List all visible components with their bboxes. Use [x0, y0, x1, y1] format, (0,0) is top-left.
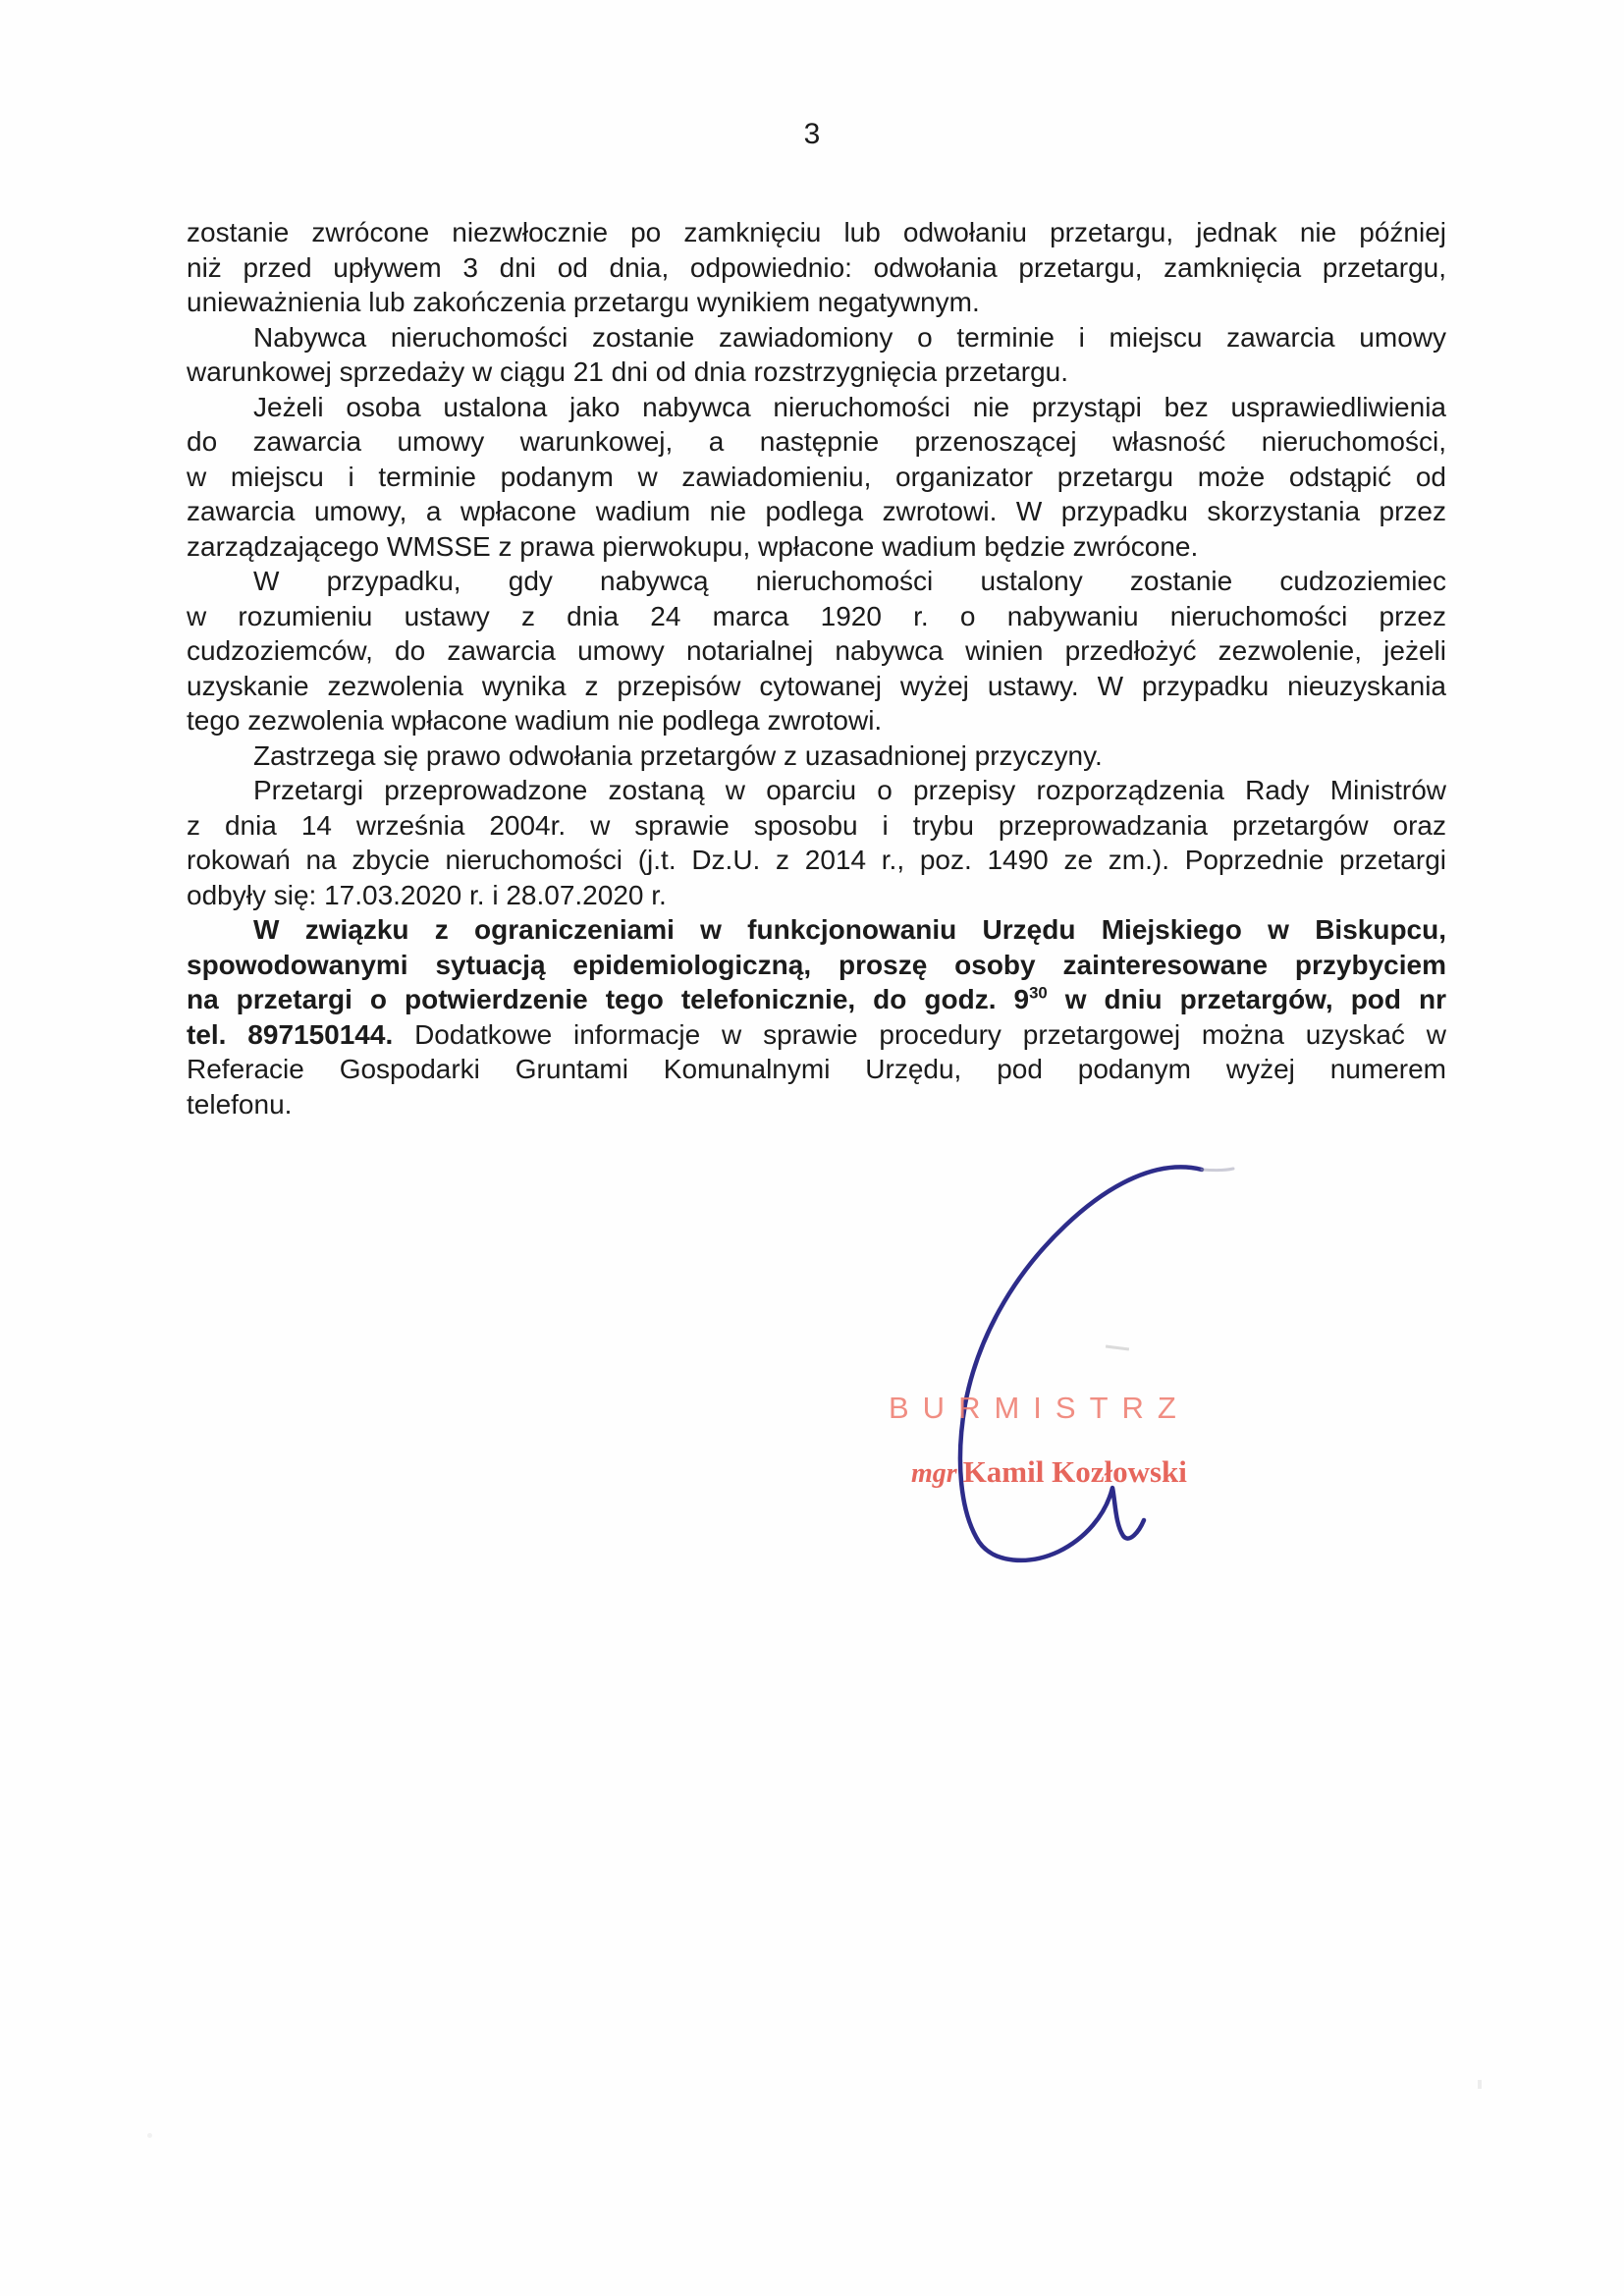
- text-line: Przetargi przeprowadzone zostaną w oparc…: [187, 773, 1446, 808]
- paragraph: W związku z ograniczeniami w funkcjonowa…: [187, 912, 1446, 1121]
- text-line: zostanie zwrócone niezwłocznie po zamkni…: [187, 215, 1446, 250]
- paragraph: W przypadku, gdy nabywcą nieruchomości u…: [187, 564, 1446, 738]
- text-line: niż przed upływem 3 dni od dnia, odpowie…: [187, 250, 1446, 286]
- text-line: Zastrzega się prawo odwołania przetargów…: [187, 738, 1446, 774]
- text-line: rokowań na zbycie nieruchomości (j.t. Dz…: [187, 843, 1446, 878]
- text-line: na przetargi o potwierdzenie tego telefo…: [187, 982, 1446, 1017]
- paragraph: Zastrzega się prawo odwołania przetargów…: [187, 738, 1446, 774]
- text-line: uzyskanie zezwolenia wynika z przepisów …: [187, 669, 1446, 704]
- text-line: telefonu.: [187, 1087, 1446, 1122]
- paragraph: zostanie zwrócone niezwłocznie po zamkni…: [187, 215, 1446, 320]
- text-line: tego zezwolenia wpłacone wadium nie podl…: [187, 703, 1446, 738]
- text-line: spowodowanymi sytuacją epidemiologiczną,…: [187, 948, 1446, 983]
- text-line: zarządzającego WMSSE z prawa pierwokupu,…: [187, 529, 1446, 565]
- page-number: 3: [0, 118, 1624, 151]
- scan-artifact: [147, 2133, 152, 2138]
- scan-artifact: [1478, 2080, 1482, 2089]
- text-line: z dnia 14 września 2004r. w sprawie spos…: [187, 808, 1446, 844]
- text-line: odbyły się: 17.03.2020 r. i 28.07.2020 r…: [187, 878, 1446, 913]
- text-line: Referacie Gospodarki Gruntami Komunalnym…: [187, 1052, 1446, 1087]
- text-line: cudzoziemców, do zawarcia umowy notarial…: [187, 633, 1446, 669]
- text-line: Jeżeli osoba ustalona jako nabywca nieru…: [187, 390, 1446, 425]
- text-line: w rozumieniu ustawy z dnia 24 marca 1920…: [187, 599, 1446, 634]
- document-body: zostanie zwrócone niezwłocznie po zamkni…: [187, 215, 1446, 1121]
- text-line: W przypadku, gdy nabywcą nieruchomości u…: [187, 564, 1446, 599]
- document-page: 3 zostanie zwrócone niezwłocznie po zamk…: [0, 0, 1624, 2296]
- text-line: W związku z ograniczeniami w funkcjonowa…: [187, 912, 1446, 948]
- signature-ink: [844, 1120, 1237, 1591]
- text-line: tel. 897150144. Dodatkowe informacje w s…: [187, 1017, 1446, 1053]
- mayor-stamp-title: BURMISTRZ: [889, 1391, 1203, 1426]
- paragraph: Jeżeli osoba ustalona jako nabywca nieru…: [187, 390, 1446, 565]
- text-line: warunkowej sprzedaży w ciągu 21 dni od d…: [187, 355, 1446, 390]
- mayor-stamp-name: mgrKamil Kozłowski: [911, 1454, 1206, 1490]
- mayor-stamp-degree: mgr: [911, 1458, 957, 1489]
- mayor-stamp-fullname: Kamil Kozłowski: [963, 1454, 1187, 1489]
- text-line: zawarcia umowy, a wpłacone wadium nie po…: [187, 494, 1446, 529]
- paragraph: Nabywca nieruchomości zostanie zawiadomi…: [187, 320, 1446, 390]
- text-line: w miejscu i terminie podanym w zawiadomi…: [187, 460, 1446, 495]
- text-line: unieważnienia lub zakończenia przetargu …: [187, 285, 1446, 320]
- text-line: Nabywca nieruchomości zostanie zawiadomi…: [187, 320, 1446, 355]
- paragraph: Przetargi przeprowadzone zostaną w oparc…: [187, 773, 1446, 912]
- text-line: do zawarcia umowy warunkowej, a następni…: [187, 424, 1446, 460]
